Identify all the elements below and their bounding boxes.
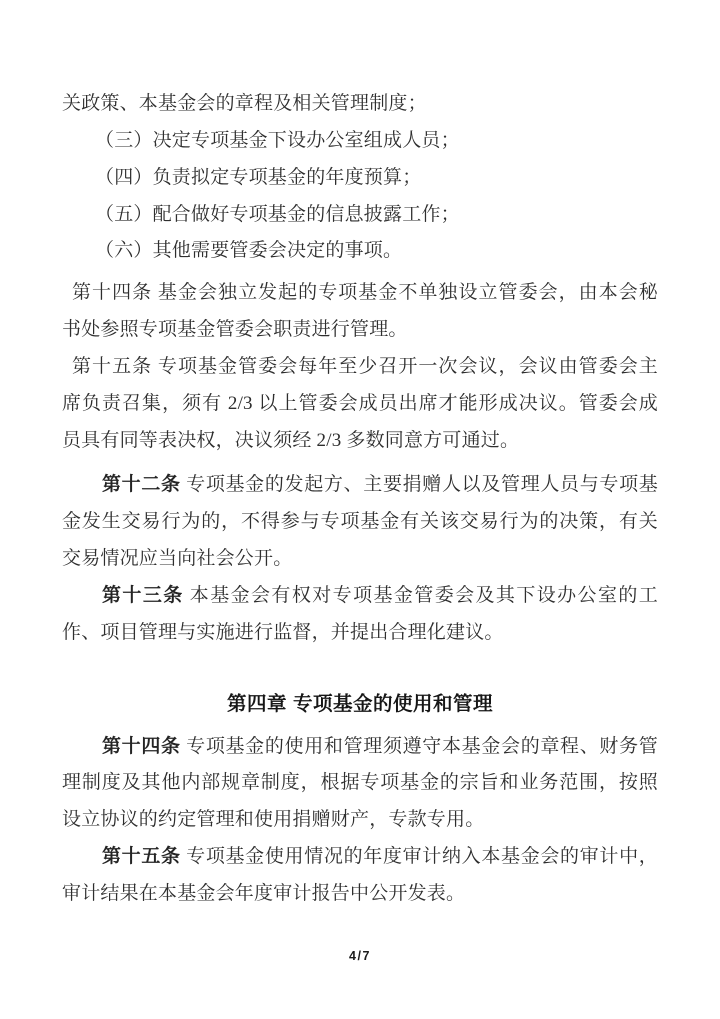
text-segment: 第十五条 专项基金管委会每年至少召开一次会议，会议由管委会主 [72,356,658,377]
article-number: 第十二条 [102,474,181,495]
text-line: 第十五条 专项基金使用情况的年度审计纳入本基金会的审计中， [62,839,658,876]
text-line: （六）其他需要管委会决定的事项。 [62,233,658,270]
list-item-5: （五）配合做好专项基金的信息披露工作； [62,197,658,234]
text-segment: 员具有同等表决权，决议须经 2/3 多数同意方可通过。 [62,430,519,451]
text-line: （三）决定专项基金下设办公室组成人员； [62,123,658,160]
article-15-committee-meetings: 第十五条 专项基金管委会每年至少召开一次会议，会议由管委会主席负责召集，须有 2… [62,349,658,460]
text-segment: （四）负责拟定专项基金的年度预算； [95,167,421,188]
text-line: 理制度及其他内部规章制度，根据专项基金的宗旨和业务范围，按照 [62,765,658,802]
text-line: 交易情况应当向社会公开。 [62,541,658,578]
list-item-4: （四）负责拟定专项基金的年度预算； [62,160,658,197]
text-line: 审计结果在本基金会年度审计报告中公开发表。 [62,876,658,913]
text-line: 第十四条 基金会独立发起的专项基金不单独设立管委会，由本会秘 [62,275,658,312]
article-13-supervision: 第十三条 本基金会有权对专项基金管委会及其下设办公室的工作、项目管理与实施进行监… [62,578,658,652]
text-line: （四）负责拟定专项基金的年度预算； [62,160,658,197]
article-number: 第十三条 [102,585,184,606]
text-line: 员具有同等表决权，决议须经 2/3 多数同意方可通过。 [62,423,658,460]
document-body: 关政策、本基金会的章程及相关管理制度；（三）决定专项基金下设办公室组成人员；（四… [62,86,658,913]
list-item-6: （六）其他需要管委会决定的事项。 [62,233,658,270]
text-line: （五）配合做好专项基金的信息披露工作； [62,197,658,234]
para-policy-continuation: 关政策、本基金会的章程及相关管理制度； [62,86,658,123]
article-12-transactions: 第十二条 专项基金的发起方、主要捐赠人以及管理人员与专项基金发生交易行为的，不得… [62,467,658,578]
text-line: 第十四条 专项基金的使用和管理须遵守本基金会的章程、财务管 [62,729,658,766]
text-line: 第十二条 专项基金的发起方、主要捐赠人以及管理人员与专项基 [62,467,658,504]
text-line: 书处参照专项基金管委会职责进行管理。 [62,312,658,349]
article-number: 第十四条 [102,736,181,757]
text-line: 关政策、本基金会的章程及相关管理制度； [62,86,658,123]
text-line: 席负责召集，须有 2/3 以上管委会成员出席才能形成决议。管委会成 [62,386,658,423]
text-segment: 设立协议的约定管理和使用捐赠财产，专款专用。 [62,809,484,830]
article-14-independent-fund: 第十四条 基金会独立发起的专项基金不单独设立管委会，由本会秘书处参照专项基金管委… [62,275,658,349]
chapter-4-heading: 第四章 专项基金的使用和管理 [62,686,658,723]
list-item-3: （三）决定专项基金下设办公室组成人员； [62,123,658,160]
text-segment: 交易情况应当向社会公开。 [62,548,292,569]
article-14-usage-management: 第十四条 专项基金的使用和管理须遵守本基金会的章程、财务管理制度及其他内部规章制… [62,729,658,840]
text-segment: （六）其他需要管委会决定的事项。 [95,240,402,261]
text-segment: 席负责召集，须有 2/3 以上管委会成员出席才能形成决议。管委会成 [62,393,658,414]
text-segment: 第十四条 基金会独立发起的专项基金不单独设立管委会，由本会秘 [72,282,658,303]
article-number: 第十五条 [102,846,181,867]
text-segment: 作、项目管理与实施进行监督，并提出合理化建议。 [62,622,504,643]
text-segment: 专项基金使用情况的年度审计纳入本基金会的审计中， [181,846,658,867]
text-segment: 书处参照专项基金管委会职责进行管理。 [62,319,408,340]
text-line: 作、项目管理与实施进行监督，并提出合理化建议。 [62,615,658,652]
text-segment: 理制度及其他内部规章制度，根据专项基金的宗旨和业务范围，按照 [62,772,658,793]
text-segment: 专项基金的发起方、主要捐赠人以及管理人员与专项基 [181,474,658,495]
text-segment: （三）决定专项基金下设办公室组成人员； [95,130,460,151]
text-line: 第十三条 本基金会有权对专项基金管委会及其下设办公室的工 [62,578,658,615]
article-15-audit: 第十五条 专项基金使用情况的年度审计纳入本基金会的审计中，审计结果在本基金会年度… [62,839,658,913]
text-segment: 金发生交易行为的，不得参与专项基金有关该交易行为的决策，有关 [62,511,658,532]
text-segment: 专项基金的使用和管理须遵守本基金会的章程、财务管 [181,736,658,757]
page-number: 4/7 [0,949,720,963]
text-segment: 关政策、本基金会的章程及相关管理制度； [62,93,427,114]
text-segment: 本基金会有权对专项基金管委会及其下设办公室的工 [184,585,658,606]
text-line: 金发生交易行为的，不得参与专项基金有关该交易行为的决策，有关 [62,504,658,541]
text-line: 设立协议的约定管理和使用捐赠财产，专款专用。 [62,802,658,839]
text-segment: （五）配合做好专项基金的信息披露工作； [95,204,460,225]
text-segment: 审计结果在本基金会年度审计报告中公开发表。 [62,883,465,904]
text-line: 第十五条 专项基金管委会每年至少召开一次会议，会议由管委会主 [62,349,658,386]
